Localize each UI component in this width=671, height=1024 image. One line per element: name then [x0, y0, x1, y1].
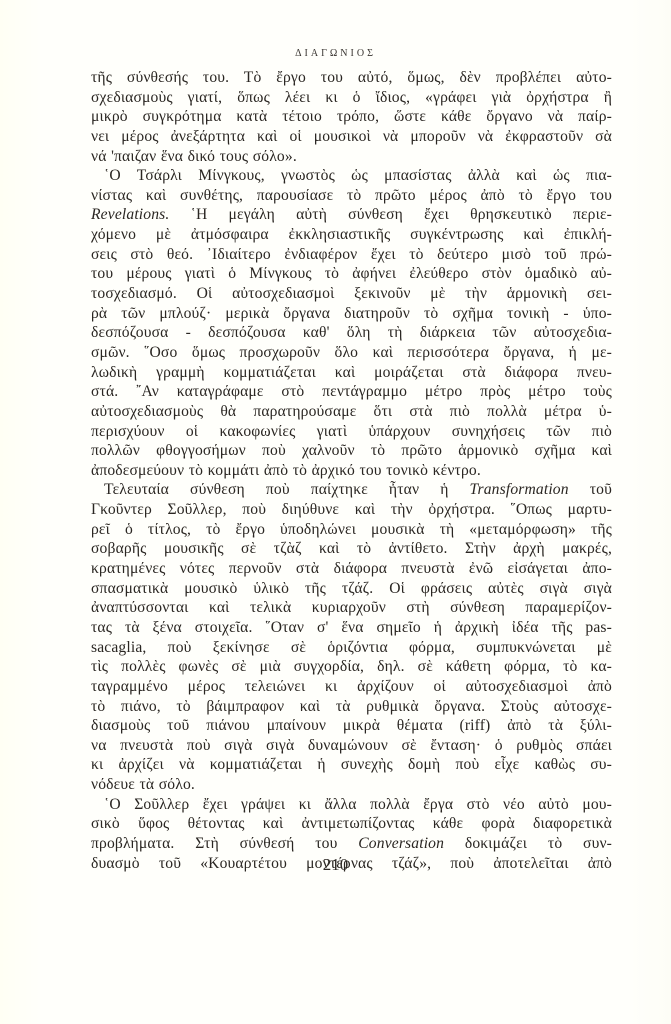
- text-line: τῆς σύνθεσής του. Τὸ ἔργο του αὐτό, ὅμως…: [91, 68, 612, 88]
- text-line: κρατημένες νότες περνοῦν στὰ διάφορα πνε…: [91, 559, 612, 579]
- text-line: Revelations. ῾Η μεγάλη αὐτὴ σύνθεση ἔχει…: [91, 205, 612, 225]
- text-line: περισχύουν οἱ κακοφωνίες γιατὶ ὑπάρχουν …: [91, 422, 612, 442]
- text-line: πολλῶν φθογγοσήμων ποὺ χαλνοῦν τὸ πρῶτο …: [91, 441, 612, 461]
- text-line: του μέρους γιατὶ ὁ Μίνγκους τὸ ἀφήνει ἐλ…: [91, 264, 612, 284]
- text-line: νει μέρος ἀνεξάρτητα καὶ οἱ μουσικοὶ νὰ …: [91, 127, 612, 147]
- italic-title: Revelations.: [91, 206, 169, 223]
- text-line: Γκοῦντερ Σοῦλλερ, ποὺ διηύθυνε καὶ τὴν ὀ…: [91, 500, 612, 520]
- text-line: τας τὰ ξένα στοιχεῖα. ῞Οταν σ' ἕνα σημεῖ…: [91, 618, 612, 638]
- text-line: χόμενο μὲ ἀτμόσφαιρα ἐκκλησιαστικῆς συγκ…: [91, 225, 612, 245]
- text-line: μικρὸ συγκρότημα κατὰ τέτοιο τρόπο, ὥστε…: [91, 107, 612, 127]
- text-line: σχεδιασμοὺς γιατί, ὅπως λέει κι ὁ ἴδιος,…: [91, 88, 612, 108]
- paragraph: ῾Ο Τσάρλι Μίνγκους, γνωστὸς ὡς μπασίστας…: [91, 166, 612, 480]
- text-line: να πνευστὰ ποὺ σιγὰ σιγὰ δυναμώνουν σὲ ἔ…: [91, 736, 612, 756]
- text-line: νόδευε τὰ σόλο.: [91, 775, 612, 795]
- text-line: στά. ῎Αν καταγράφαμε στὸ πεντάγραμμο μέτ…: [91, 382, 612, 402]
- text-line: νίστας καὶ συνθέτης, παρουσίασε τὸ πρῶτο…: [91, 186, 612, 206]
- text-line: ῾Ο Σοῦλλερ ἔχει γράψει κι ἄλλα πολλὰ ἔργ…: [91, 795, 612, 815]
- text-line: Τελευταία σύνθεση ποὺ παίχτηκε ἦταν ἡ Tr…: [91, 480, 612, 500]
- text-line: ῾Ο Τσάρλι Μίνγκους, γνωστὸς ὡς μπασίστας…: [91, 166, 612, 186]
- italic-title: Transformation: [470, 481, 569, 498]
- text-line: λωδικὴ γραμμὴ κομματιάζεται καὶ μοιράζετ…: [91, 363, 612, 383]
- text-line: σπασματικὰ μουσικὸ ὑλικὸ τῆς τζάζ. Οἱ φρ…: [91, 579, 612, 599]
- text-line: νά 'παιζαν ἕνα δικό τους σόλο».: [91, 147, 612, 167]
- book-page: ΔΙΑΓΩΝΙΟΣ τῆς σύνθεσής του. Τὸ ἔργο του …: [0, 0, 671, 1024]
- text-line: ταγραμμένο μέρος τελειώνει κι ἀρχίζουν ο…: [91, 677, 612, 697]
- text-line: sacaglia, ποὺ ξεκίνησε σὲ ὁριζόντια φόρμ…: [91, 638, 612, 658]
- running-head: ΔΙΑΓΩΝΙΟΣ: [0, 48, 671, 59]
- text-line: ἀναπτύσσονται καὶ τελικὰ κυριαρχοῦν στὴ …: [91, 598, 612, 618]
- text-line: τὸ πιάνο, τὸ βάιμπραφον καὶ τὰ ρυθμικὰ ὄ…: [91, 697, 612, 717]
- text-line: σμῶν. ῞Οσο ὅμως προσχωροῦν ὅλο καὶ περισ…: [91, 343, 612, 363]
- italic-title: Conversation: [358, 835, 444, 852]
- text-line: σικὸ ὕφος θέτοντας καὶ ἀντιμετωπίζοντας …: [91, 814, 612, 834]
- text-line: ρὰ τῶν μπλούζ· μερικὰ ὄργανα διατηροῦν τ…: [91, 304, 612, 324]
- text-line: σοβαρῆς μουσικῆς σὲ τζὰζ καὶ τὸ ἀντίθετο…: [91, 539, 612, 559]
- text-line: τοσχεδιασμό. Οἱ αὐτοσχεδιασμοὶ ξεκινοῦν …: [91, 284, 612, 304]
- text-line: κι ἀρχίζει νὰ κομματιάζεται ἡ συνεχὴς δο…: [91, 755, 612, 775]
- text-line: ἀποδεσμεύουν τὸ κομμάτι ἀπὸ τὸ ἀρχικό το…: [91, 461, 612, 481]
- text-line: σεις στὸ θεό. ᾿Ιδιαίτερο ἐνδιαφέρον ἔχει…: [91, 245, 612, 265]
- text-line: προβλήματα. Στὴ σύνθεσή του Conversation…: [91, 834, 612, 854]
- page-number: 210: [0, 855, 671, 875]
- paragraph: τῆς σύνθεσής του. Τὸ ἔργο του αὐτό, ὅμως…: [91, 68, 612, 166]
- body-text: τῆς σύνθεσής του. Τὸ ἔργο του αὐτό, ὅμως…: [91, 68, 612, 873]
- paragraph: Τελευταία σύνθεση ποὺ παίχτηκε ἦταν ἡ Tr…: [91, 480, 612, 794]
- text-line: ρεῖ ὁ τίτλος, τὸ ἔργο ὑποδηλώνει μουσικὰ…: [91, 520, 612, 540]
- text-line: διασμοὺς τοῦ πιάνου μπαίνουν μικρὰ θέματ…: [91, 716, 612, 736]
- text-line: δεσπόζουσα - δεσπόζουσα καθ' ὅλη τὴ διάρ…: [91, 323, 612, 343]
- text-line: αὐτοσχεδιασμοὺς θὰ παρατηρούσαμε ὅτι στὰ…: [91, 402, 612, 422]
- text-line: τὶς πολλὲς φωνὲς σὲ μιὰ συγχορδία, δηλ. …: [91, 657, 612, 677]
